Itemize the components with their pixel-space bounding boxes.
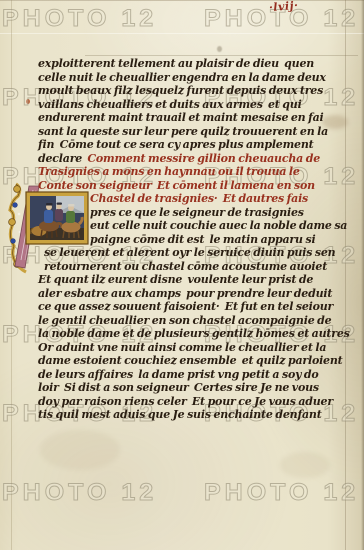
manuscript-line: Or aduint vne nuit ainsi comme le cheual… [38, 341, 338, 355]
body-text: tis quil mest aduis que Je suis enchaint… [38, 408, 322, 421]
manuscript-line: loir Si dist a son seigneur Certes sire … [38, 381, 338, 395]
manuscript-line: tis quil mest aduis que Je suis enchaint… [38, 408, 338, 422]
manuscript-photo: PHOTO 12 PHOTO 12 PHOTO 12 PHOTO 12 PHOT… [0, 0, 364, 550]
body-text: ce que assez souuent faisoient· Et fut e… [38, 300, 333, 313]
ruling-line [85, 55, 358, 56]
rubric-text: Comment messire gillion cheuaucha de [87, 152, 320, 165]
body-text: aler esbatre aux champs pour prendre leu… [38, 287, 332, 300]
watermark-text: PHOTO 12 [204, 478, 359, 506]
manuscript-line: de leurs affaires la dame prist vng peti… [38, 368, 338, 382]
manuscript-line: moult beaux filz lesquelz furent depuis … [38, 84, 338, 98]
body-text: moult beaux filz lesquelz furent depuis … [38, 84, 323, 97]
body-text: celle nuit le cheuallier engendra en la … [38, 71, 326, 84]
body-text: retournerent ou chastel cōme acoustume a… [44, 260, 327, 273]
manuscript-line: retournerent ou chastel cōme acoustume a… [38, 260, 338, 274]
manuscript-line: dame estoient couchiez ensemble et quilz… [38, 354, 338, 368]
manuscript-line: celle nuit le cheuallier engendra en la … [38, 71, 338, 85]
body-text: loir Si dist a son seigneur Certes sire … [38, 381, 319, 394]
rubric-text: Chastel de trasignies· Et dautres fais [90, 192, 308, 205]
body-text: de leurs affaires la dame prist vng peti… [38, 368, 319, 381]
body-text: dame estoient couchiez ensemble et quilz… [38, 354, 343, 367]
body-text: declare [38, 152, 87, 165]
watermark-text: PHOTO 12 [2, 478, 157, 506]
parchment-stain [40, 430, 120, 470]
manuscript-line: se leuerent et alerent oyr le seruice di… [38, 246, 338, 260]
body-text: Or aduint vne nuit ainsi comme le cheual… [38, 341, 326, 354]
body-text: fin Cōme tout ce sera cy apres plus ampl… [38, 138, 314, 151]
body-text: exploitterent tellement au plaisir de di… [38, 57, 314, 70]
watermark-text: PHOTO 12 [2, 4, 157, 32]
body-text: pres ce que le seigneur de trasignies [90, 206, 304, 219]
manuscript-line: la noble dame et de plusieurs gentilz hō… [38, 327, 338, 341]
manuscript-line: doy par raison riens celer Et pour ce Je… [38, 395, 338, 409]
manuscript-line: paigne cōme dit est le matin apparu si [38, 233, 338, 247]
body-text: le gentil cheuallier en son chastel acom… [38, 314, 331, 327]
text-block: exploitterent tellement au plaisir de di… [38, 57, 338, 422]
manuscript-line: sant la queste sur leur pere quilz trouu… [38, 125, 338, 139]
body-text: eut celle nuit couchie auec la noble dam… [90, 219, 347, 232]
manuscript-line: aler esbatre aux champs pour prendre leu… [38, 287, 338, 301]
manuscript-line: eut celle nuit couchie auec la noble dam… [38, 219, 338, 233]
body-text: Et quant ilz eurent disne voulente leur … [38, 273, 313, 286]
manuscript-line: pres ce que le seigneur de trasignies [38, 206, 338, 220]
manuscript-line: endurerent maint trauail et maint mesais… [38, 111, 338, 125]
body-text: doy par raison riens celer Et pour ce Je… [38, 395, 333, 408]
body-text: sant la queste sur leur pere quilz trouu… [38, 125, 328, 138]
parchment-crease [0, 33, 364, 34]
parchment-stain [280, 452, 330, 478]
body-text: se leuerent et alerent oyr le seruice di… [44, 246, 335, 259]
manuscript-line: vaillans cheualliers et duits aux armes … [38, 98, 338, 112]
manuscript-line: fin Cōme tout ce sera cy apres plus ampl… [38, 138, 338, 152]
rubric-text: Conte son seigneur Et cōment il lamena e… [38, 179, 315, 192]
manuscript-line: exploitterent tellement au plaisir de di… [38, 57, 338, 71]
manuscript-line: Et quant ilz eurent disne voulente leur … [38, 273, 338, 287]
manuscript-line: Chastel de trasignies· Et dautres fais [38, 192, 338, 206]
parchment-speck [217, 46, 222, 52]
rubric-text: Trasignies a mons en haynnau ou il trouu… [38, 165, 300, 178]
manuscript-line: declare Comment messire gillion cheuauch… [38, 152, 338, 166]
manuscript-line: le gentil cheuallier en son chastel acom… [38, 314, 338, 328]
manuscript-line: Conte son seigneur Et cōment il lamena e… [38, 179, 338, 193]
body-text: paigne cōme dit est le matin apparu si [90, 233, 315, 246]
manuscript-line: Trasignies a mons en haynnau ou il trouu… [38, 165, 338, 179]
manuscript-line: ce que assez souuent faisoient· Et fut e… [38, 300, 338, 314]
body-text: endurerent maint trauail et maint mesais… [38, 111, 324, 124]
body-text: la noble dame et de plusieurs gentilz hō… [38, 327, 350, 340]
body-text: vaillans cheualliers et duits aux armes … [38, 98, 302, 111]
